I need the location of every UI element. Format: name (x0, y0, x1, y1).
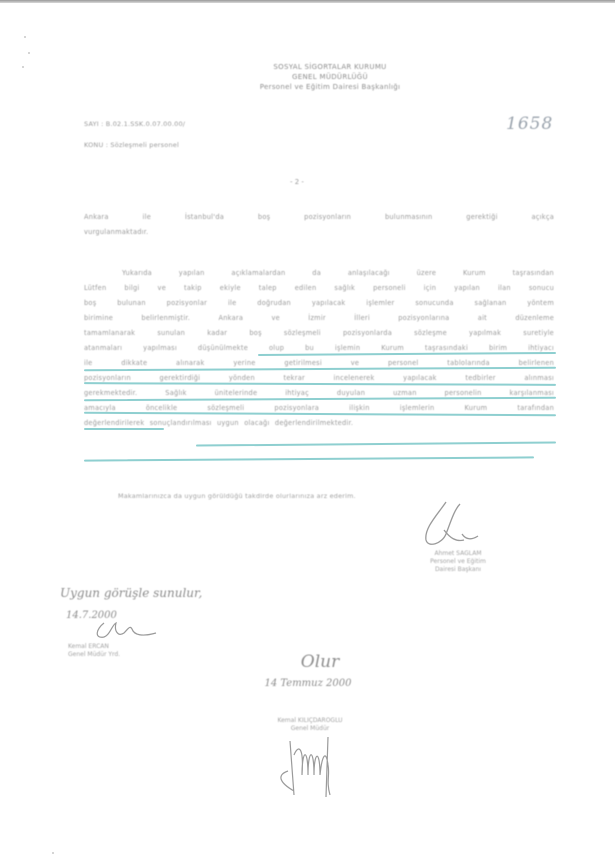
endorsement-block: Uygun görüşle sunulur, 14.7.2000 Kemal E… (60, 586, 320, 659)
paragraph-1: Ankara ile İstanbul'da boş pozisyonların… (84, 210, 554, 240)
signature-block-department-head: Ahmet SAĞLAM Personel ve Eğitim Dairesi … (398, 500, 518, 574)
scan-speck (52, 852, 54, 854)
signatory-title-line-1: Personel ve Eğitim (398, 558, 518, 566)
approval-word: Olur (260, 652, 380, 672)
text-line: Yukarıda yapılan açıklamalardan da anlaş… (84, 266, 554, 281)
handwritten-date: 14.7.2000 (66, 610, 320, 621)
text-line: birimine belirlenmiştir. Ankara ve İzmir… (84, 311, 554, 326)
text-line: Ankara ile İstanbul'da boş pozisyonların… (84, 210, 554, 225)
underline-mark (84, 428, 164, 430)
registry-number: 1658 (506, 114, 553, 134)
approval-block: Olur 14 Temmuz 2000 Kemal KILIÇDAROĞLU G… (240, 652, 380, 805)
text-line: tamamlanarak sunulan kadar boş sözleşmel… (84, 326, 554, 341)
signature-scribble (90, 619, 160, 643)
text-line: vurgulanmaktadır. (84, 225, 554, 240)
letterhead-line-2: GENEL MÜDÜRLÜĞÜ (200, 72, 460, 82)
handwritten-note: Uygun görüşle sunulur, (60, 586, 320, 600)
letterhead-line-1: SOSYAL SİGORTALAR KURUMU (200, 62, 460, 72)
approval-date: 14 Temmuz 2000 (236, 678, 380, 689)
paragraph-2: Yukarıda yapılan açıklamalardan da anlaş… (84, 266, 554, 431)
signatory-title-line-2: Dairesi Başkanı (398, 566, 518, 574)
reference-number: SAYI : B.02.1.SSK.0.07.00.00/ (84, 120, 185, 128)
underline-mark (84, 456, 534, 461)
signature-scribble (416, 500, 486, 550)
subject-line: KONU : Sözleşmeli personel (84, 141, 179, 149)
signature-scribble (270, 735, 350, 805)
text-line: Lütfen bilgi ve takip ekiyle talep edile… (84, 281, 554, 296)
scan-speck (22, 66, 24, 68)
scan-speck (28, 52, 30, 54)
closing-line: Makamlarınızca da uygun görüldüğü takdir… (118, 492, 356, 500)
signatory-name: Ahmet SAĞLAM (398, 550, 518, 558)
text-line: boş bulunan pozisyonlar ile doğrudan yap… (84, 296, 554, 311)
underline-mark (196, 441, 556, 446)
letterhead: SOSYAL SİGORTALAR KURUMU GENEL MÜDÜRLÜĞÜ… (200, 62, 460, 92)
page-number: - 2 - (290, 178, 304, 186)
endorser-name: Kemal ERCAN (68, 643, 320, 651)
letterhead-line-3: Personel ve Eğitim Dairesi Başkanlığı (200, 82, 460, 92)
approver-name: Kemal KILIÇDAROĞLU (240, 717, 380, 725)
approver-title: Genel Müdür (240, 725, 380, 733)
scan-top-edge (0, 0, 615, 3)
scan-speck (24, 36, 26, 38)
